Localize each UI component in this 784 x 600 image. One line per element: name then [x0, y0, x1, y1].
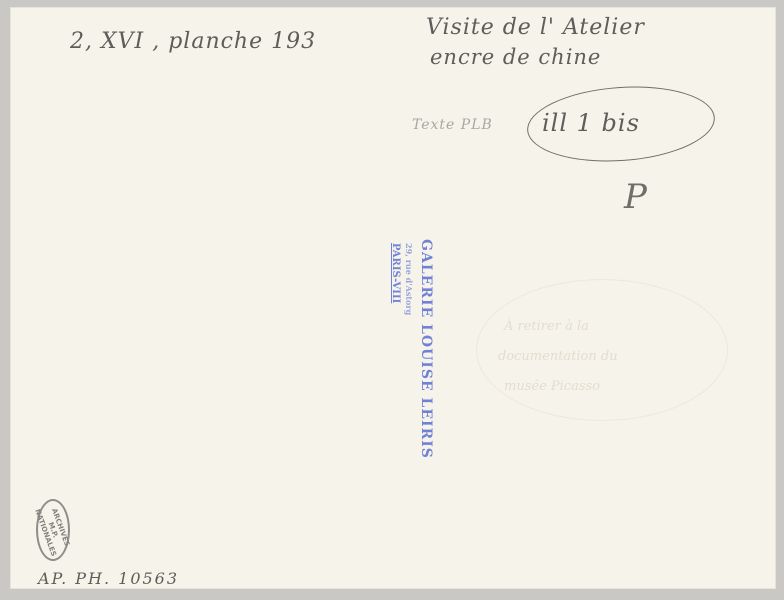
handwritten-medium: encre de chine: [430, 45, 601, 69]
handwritten-title: Visite de l' Atelier: [426, 15, 645, 40]
handwritten-letter-p: P: [624, 177, 648, 217]
handwritten-illustration-number: ill 1 bis: [542, 109, 640, 137]
archives-nationales-stamp: ARCHIVES M.P. NATIONALES: [36, 499, 70, 561]
handwritten-side-note: Texte PLB: [412, 117, 493, 133]
faint-note-line-3: musée Picasso: [504, 379, 600, 394]
gallery-stamp: GALERIE LOUISE LEIRIS 29, rue d'Astorg P…: [382, 239, 434, 459]
handwritten-reference: 2, XVI , planche 193: [70, 29, 316, 54]
photo-verso-paper: 2, XVI , planche 193 Visite de l' Atelie…: [10, 7, 776, 589]
gallery-stamp-address: 29, rue d'Astorg: [404, 243, 414, 459]
faint-note-line-1: À retirer à la: [504, 319, 589, 334]
gallery-stamp-city: PARIS-VIII: [390, 243, 401, 459]
faint-note-line-2: documentation du: [498, 349, 618, 364]
inventory-number: AP. PH. 10563: [38, 569, 179, 588]
gallery-stamp-name: GALERIE LOUISE LEIRIS: [418, 239, 434, 459]
